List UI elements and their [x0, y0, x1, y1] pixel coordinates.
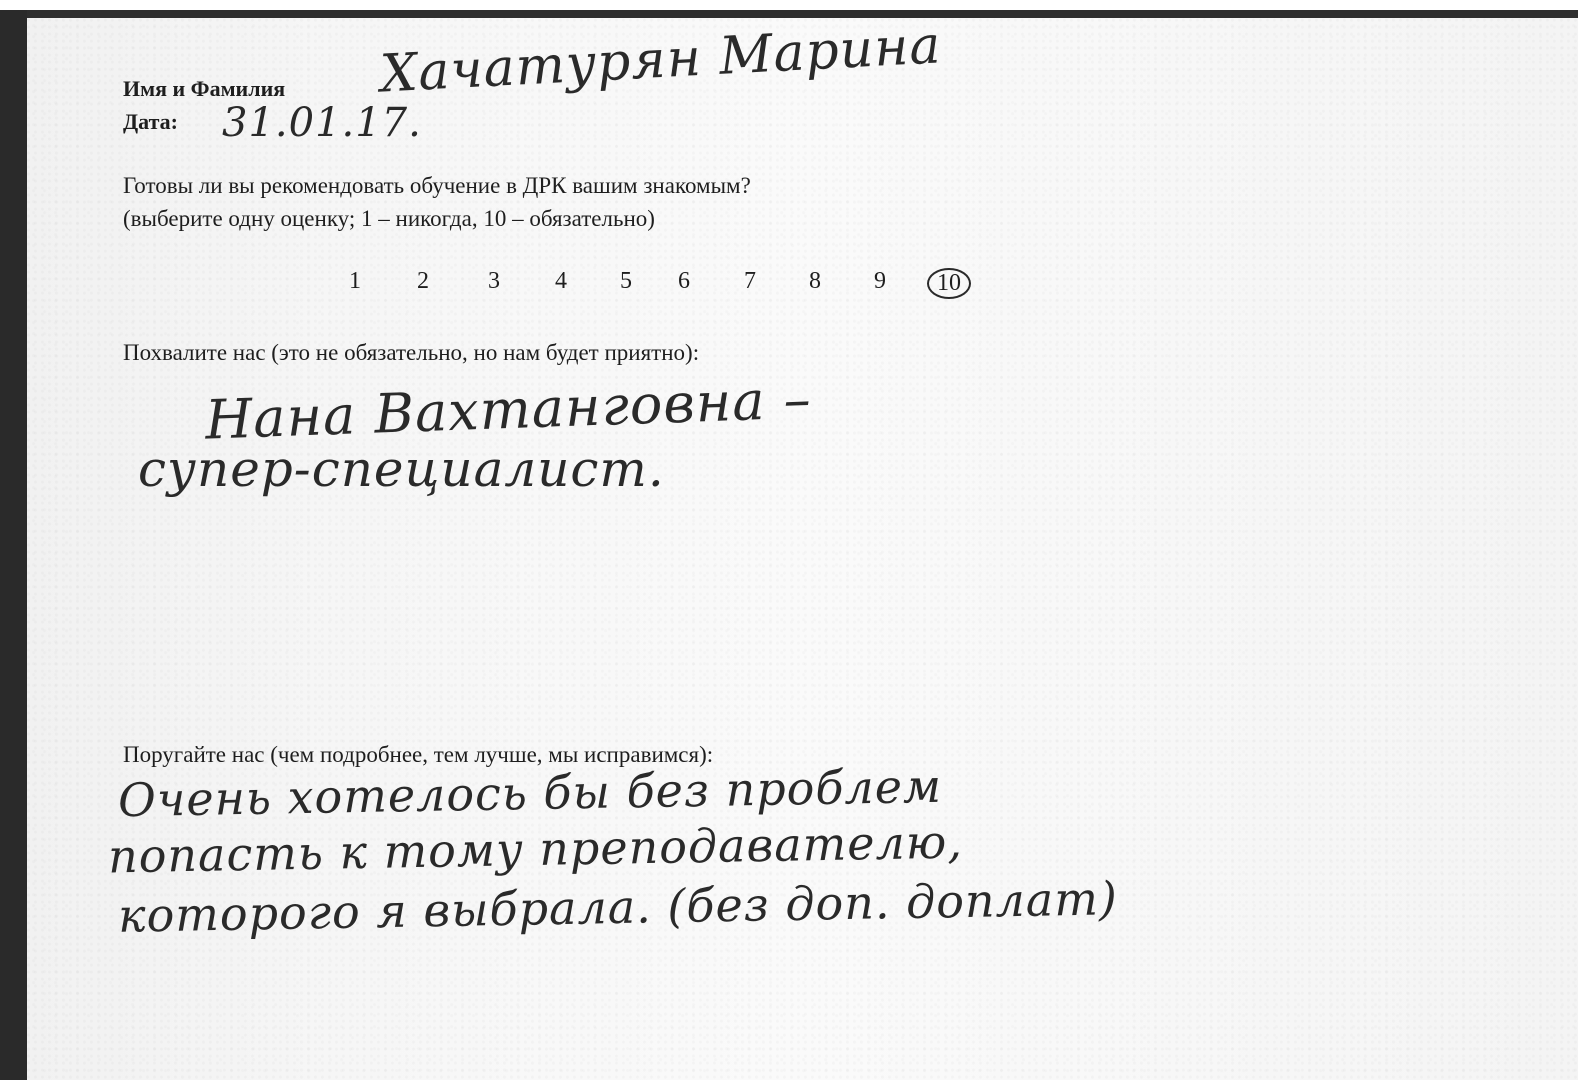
rating-option-8: 8 — [806, 268, 824, 299]
rating-option-4: 4 — [552, 268, 570, 299]
scanned-page: Имя и Фамилия Хачатурян Марина Дата: 31.… — [0, 0, 1578, 1080]
scanner-shadow-top — [0, 10, 1578, 18]
date-label: Дата: — [123, 109, 178, 135]
praise-question: Похвалите нас (это не обязательно, но на… — [123, 340, 699, 366]
date-handwritten: 31.01.17. — [222, 100, 422, 146]
rating-option-1: 1 — [346, 268, 364, 299]
recommend-question: Готовы ли вы рекомендовать обучение в ДР… — [123, 173, 751, 199]
rating-option-9: 9 — [871, 268, 889, 299]
rating-scale: 1 2 3 4 5 6 7 8 9 10 — [346, 268, 971, 299]
recommend-hint: (выберите одну оценку; 1 – никогда, 10 –… — [123, 206, 655, 232]
rating-option-5: 5 — [617, 268, 635, 299]
rating-option-7: 7 — [741, 268, 759, 299]
praise-line-2: супер-специалист. — [138, 440, 665, 498]
rating-option-6: 6 — [675, 268, 693, 299]
name-label: Имя и Фамилия — [123, 76, 285, 102]
rating-option-2: 2 — [414, 268, 432, 299]
scanner-border-top — [0, 0, 1578, 10]
rating-option-3: 3 — [485, 268, 503, 299]
rating-option-10-circled: 10 — [927, 268, 971, 299]
scanner-shadow-left — [0, 10, 27, 1080]
